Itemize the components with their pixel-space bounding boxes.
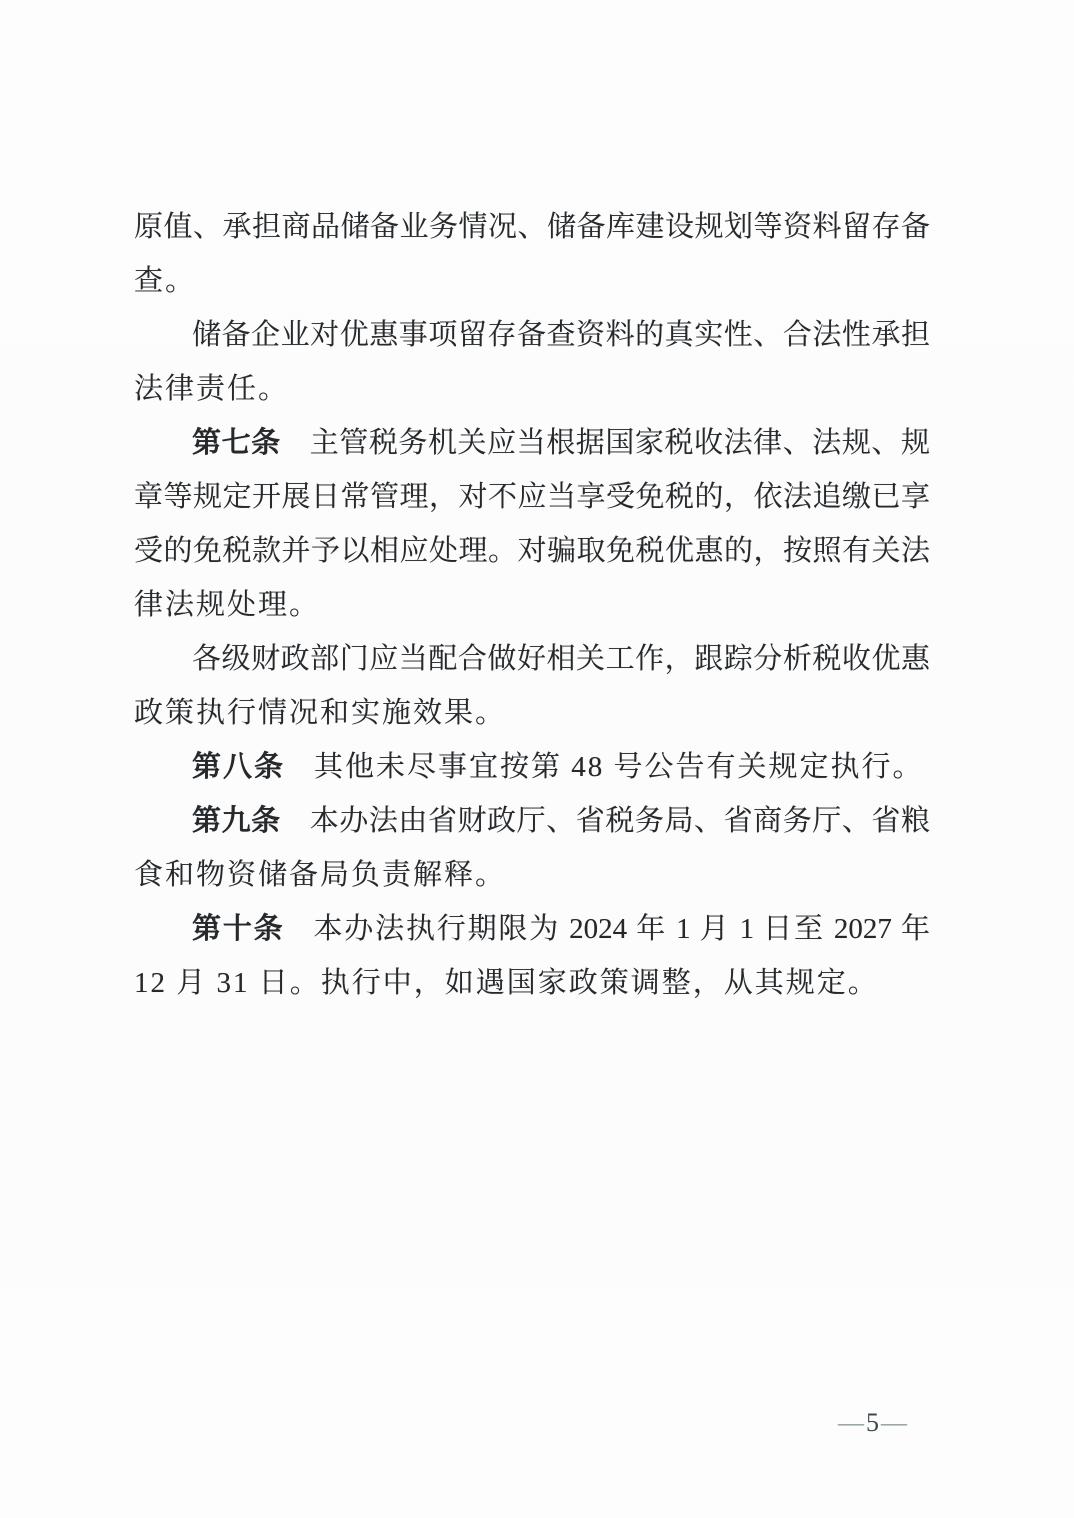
text-line-article-10: 第十条本办法执行期限为 2024 年 1 月 1 日至 2027 年 — [134, 902, 930, 956]
article-number-label: 第七条 — [192, 427, 281, 459]
text-line: 各级财政部门应当配合做好相关工作，跟踪分析税收优惠 — [134, 632, 930, 686]
line-text: 律法规处理。 — [134, 589, 320, 621]
line-text: 其他未尽事宜按第 48 号公告有关规定执行。 — [314, 751, 924, 783]
text-line-article-7: 第七条主管税务机关应当根据国家税收法律、法规、规 — [134, 416, 930, 470]
page-number-value: 5 — [864, 1408, 881, 1437]
text-line: 查。 — [134, 254, 930, 308]
line-text: 本办法执行期限为 2024 年 1 月 1 日至 2027 年 — [313, 913, 930, 945]
line-text: 储备企业对优惠事项留存备查资料的真实性、合法性承担 — [192, 319, 930, 351]
line-text: 12 月 31 日。执行中，如遇国家政策调整，从其规定。 — [134, 967, 879, 999]
document-text-block: 原值、承担商品储备业务情况、储备库建设规划等资料留存备 查。 储备企业对优惠事项… — [134, 200, 930, 1010]
text-line: 储备企业对优惠事项留存备查资料的真实性、合法性承担 — [134, 308, 930, 362]
line-text: 法律责任。 — [134, 373, 289, 405]
line-text: 本办法由省财政厅、省税务局、省商务厅、省粮 — [310, 805, 930, 837]
page-number-right-dash: — — [881, 1408, 907, 1437]
line-text: 查。 — [134, 265, 196, 297]
line-text: 章等规定开展日常管理，对不应当享受免税的，依法追缴已享 — [134, 481, 930, 513]
text-line: 食和物资储备局负责解释。 — [134, 848, 930, 902]
page-number: —5— — [838, 1408, 907, 1438]
text-line: 律法规处理。 — [134, 578, 930, 632]
line-text: 主管税务机关应当根据国家税收法律、法规、规 — [310, 427, 930, 459]
document-page: 原值、承担商品储备业务情况、储备库建设规划等资料留存备 查。 储备企业对优惠事项… — [0, 0, 1074, 1518]
line-text: 原值、承担商品储备业务情况、储备库建设规划等资料留存备 — [134, 211, 930, 243]
line-text: 食和物资储备局负责解释。 — [134, 859, 506, 891]
text-line: 政策执行情况和实施效果。 — [134, 686, 930, 740]
page-number-left-dash: — — [838, 1408, 864, 1437]
line-text: 各级财政部门应当配合做好相关工作，跟踪分析税收优惠 — [192, 643, 930, 675]
text-line: 原值、承担商品储备业务情况、储备库建设规划等资料留存备 — [134, 200, 930, 254]
article-number-label: 第九条 — [192, 805, 281, 837]
text-line: 法律责任。 — [134, 362, 930, 416]
article-number-label: 第八条 — [192, 751, 285, 783]
line-text: 政策执行情况和实施效果。 — [134, 697, 506, 729]
line-text: 受的免税款并予以相应处理。对骗取免税优惠的，按照有关法 — [134, 535, 930, 567]
text-line-article-9: 第九条本办法由省财政厅、省税务局、省商务厅、省粮 — [134, 794, 930, 848]
text-line: 受的免税款并予以相应处理。对骗取免税优惠的，按照有关法 — [134, 524, 930, 578]
text-line-article-8: 第八条其他未尽事宜按第 48 号公告有关规定执行。 — [134, 740, 930, 794]
text-line: 12 月 31 日。执行中，如遇国家政策调整，从其规定。 — [134, 956, 930, 1010]
text-line: 章等规定开展日常管理，对不应当享受免税的，依法追缴已享 — [134, 470, 930, 524]
article-number-label: 第十条 — [192, 913, 284, 945]
